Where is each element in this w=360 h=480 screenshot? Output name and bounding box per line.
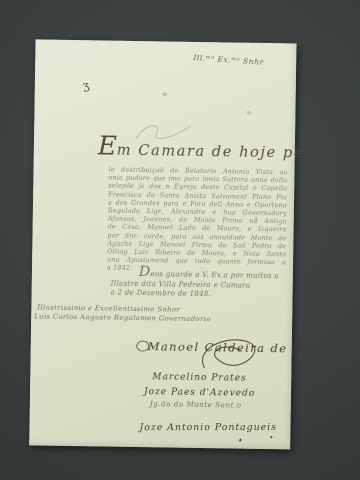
ink-speck (270, 436, 272, 438)
ink-speck (239, 438, 242, 442)
signature-3-title: Jg.do do Monte Sant.o (150, 400, 242, 409)
foxing-spot (246, 111, 251, 115)
manuscript-paper: Ill.ᵐᵒ Ex.ᵐᵒ Snhr ʒ Em Camara de hoje pe… (29, 39, 296, 449)
valediction: Deos guarde a V. Ex.a por muitos a Illus… (111, 268, 286, 302)
signature-flourish-icon (190, 334, 267, 377)
salutation-abbreviation: Ill.ᵐᵒ Ex.ᵐᵒ Snhr (193, 53, 264, 67)
addressee-line: Luis Carlos Augusto Regulamen Governador… (34, 313, 211, 325)
signature-4: Joze Antonio Pontagueis (139, 422, 276, 433)
signature-2: Marcelino Prates (152, 372, 247, 383)
document-heading: Em Camara de hoje pe (98, 135, 305, 164)
margin-paraph-mark: ʒ (82, 79, 90, 93)
signature-3: Joze Paes d'Azevedo (144, 387, 255, 399)
valediction-line: a 2 de Dezembro de 1848. (111, 289, 286, 301)
foxing-spot (255, 217, 258, 220)
addressee-block: Illustrissimo e Excellentissimo Snhor Lu… (37, 303, 211, 325)
foxing-spot (163, 92, 167, 96)
body-paragraph: lo destribuiçaõ do Relatorio Antonio Vis… (107, 167, 288, 276)
